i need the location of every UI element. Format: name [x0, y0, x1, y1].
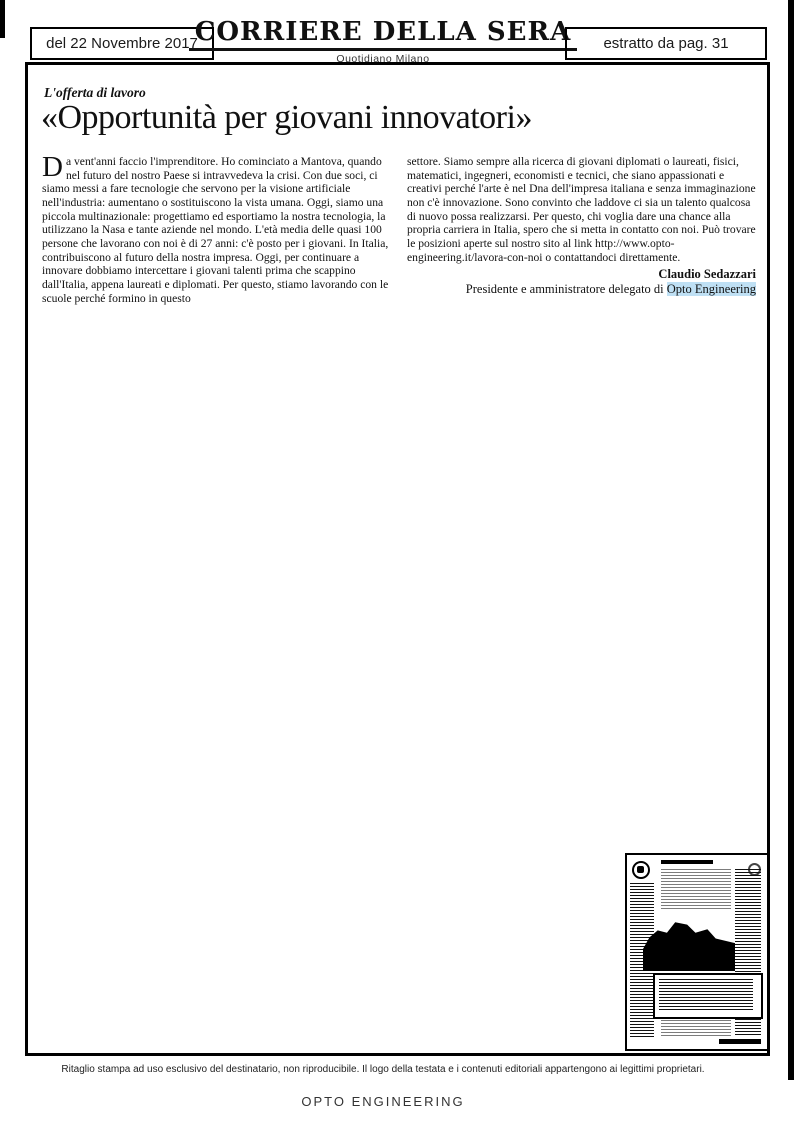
thumbnail-text-lines: [661, 869, 731, 911]
copyright-disclaimer: Ritaglio stampa ad uso esclusivo del des…: [0, 1064, 766, 1075]
article-column-right: settore. Siamo sempre alla ricerca di gi…: [407, 155, 756, 305]
thumbnail-text-lines: [661, 1017, 731, 1037]
thumbnail-headline-line: [661, 860, 713, 864]
press-clipping-page: { "header": { "date_label": "del 22 Nove…: [0, 0, 794, 1122]
newspaper-masthead: CORRIERE DELLA SERA: [189, 17, 578, 51]
clipping-page-box: estratto da pag. 31: [565, 27, 767, 60]
signature-role: Presidente e amministratore delegato di …: [407, 282, 756, 297]
clipping-page-label: estratto da pag. 31: [603, 35, 728, 52]
drop-cap: D: [42, 155, 66, 180]
thumbnail-footer-bar: [719, 1039, 761, 1044]
article-headline: «Opportunità per giovani innovatori»: [41, 99, 532, 137]
thumbnail-article-frame: [653, 973, 763, 1019]
article-text-left: a vent'anni faccio l'imprenditore. Ho co…: [42, 155, 388, 305]
thumbnail-text-lines: [659, 979, 753, 1011]
signature-company-highlight: Opto Engineering: [667, 282, 756, 296]
article-columns: Da vent'anni faccio l'imprenditore. Ho c…: [42, 155, 756, 305]
thumbnail-logo-icon: [632, 861, 650, 879]
article-text-right: settore. Siamo sempre alla ricerca di gi…: [407, 155, 756, 264]
signature-name: Claudio Sedazzari: [407, 267, 756, 282]
thumbnail-photo: [643, 913, 735, 971]
page-thumbnail-inner: [627, 855, 767, 1049]
article-box: L'offerta di lavoro «Opportunità per gio…: [25, 62, 770, 1056]
page-thumbnail: [625, 853, 769, 1051]
scan-artifact-right-edge: [788, 0, 794, 1080]
signature-role-prefix: Presidente e amministratore delegato di: [466, 282, 667, 296]
company-name: OPTO ENGINEERING: [0, 1094, 766, 1109]
article-box-inner: L'offerta di lavoro «Opportunità per gio…: [28, 65, 767, 1053]
article-column-left: Da vent'anni faccio l'imprenditore. Ho c…: [42, 155, 391, 305]
